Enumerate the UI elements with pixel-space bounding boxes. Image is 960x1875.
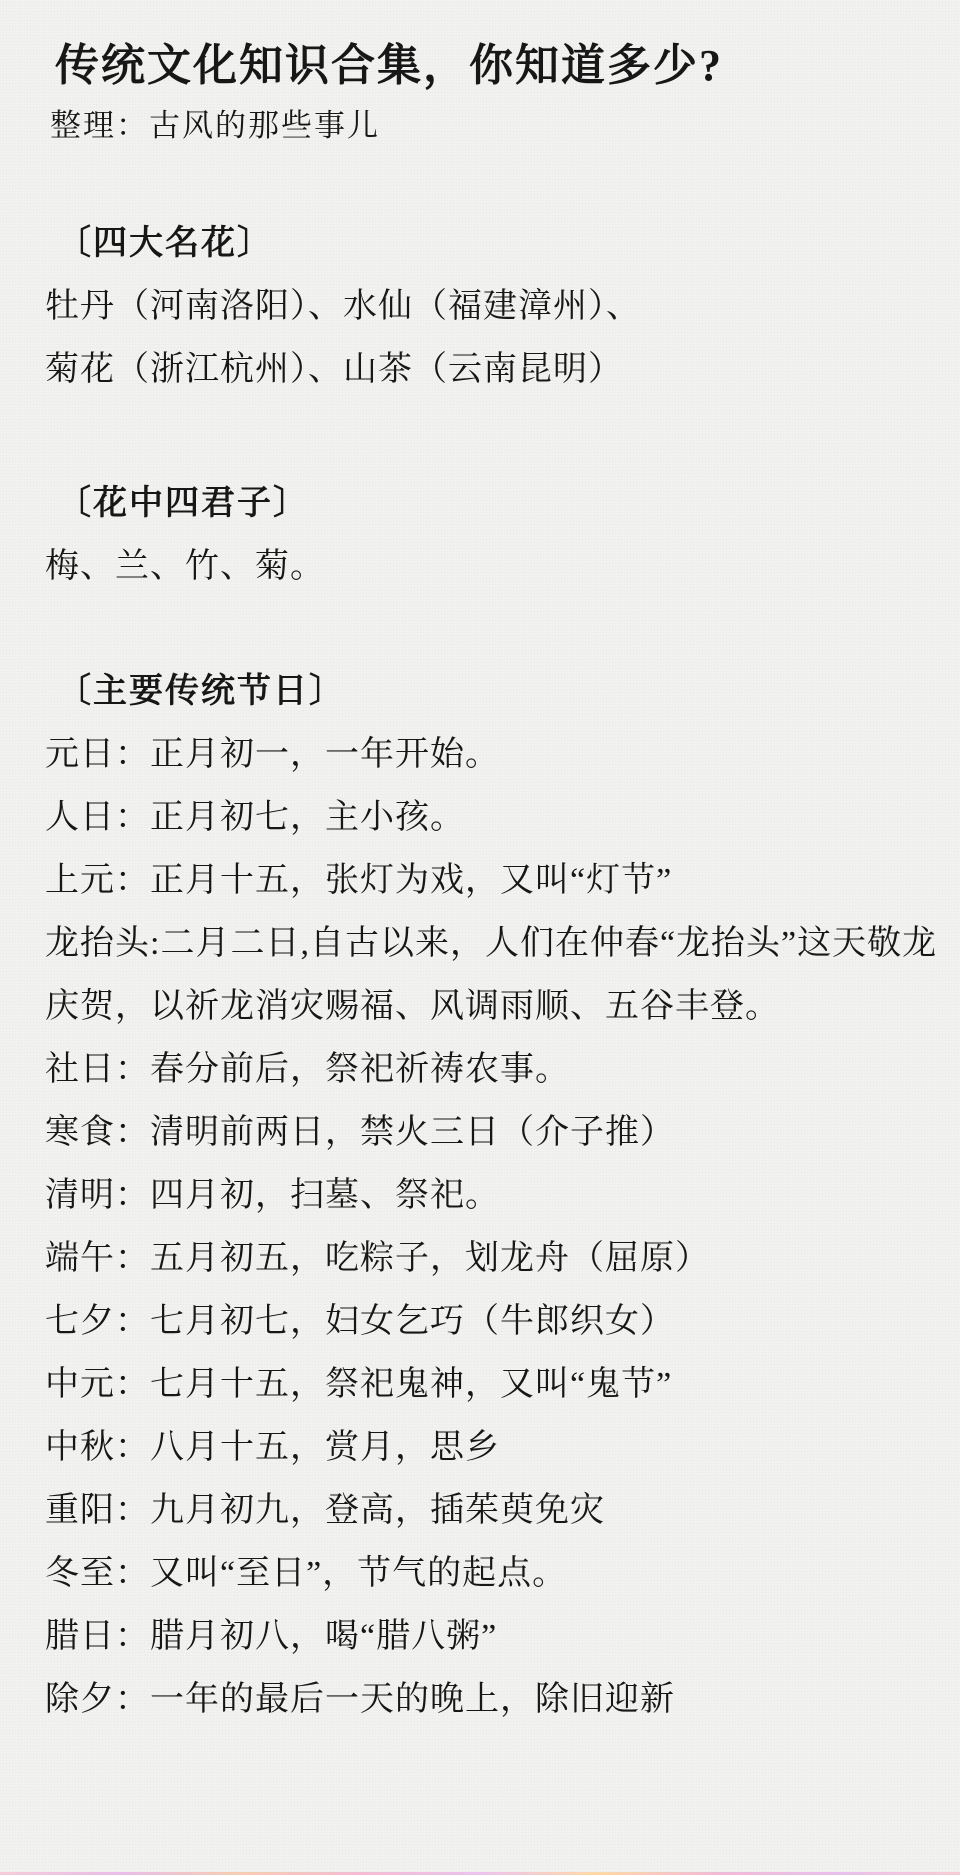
- text-line: 牡丹（河南洛阳）、水仙（福建漳州）、: [45, 275, 952, 338]
- section-heading: 〔花中四君子〕: [45, 472, 952, 535]
- text-line: 中元：七月十五，祭祀鬼神，又叫“鬼节”: [45, 1353, 952, 1416]
- text-line: 清明：四月初，扫墓、祭祀。: [45, 1164, 952, 1227]
- text-line: 除夕：一年的最后一天的晚上，除旧迎新: [45, 1668, 952, 1731]
- page-title: 传统文化知识合集，你知道多少?: [55, 40, 723, 92]
- text-line: 梅、兰、竹、菊。: [45, 535, 952, 598]
- text-line: 中秋：八月十五，赏月，思乡: [45, 1416, 952, 1479]
- section-four-famous-flowers: 〔四大名花〕 牡丹（河南洛阳）、水仙（福建漳州）、 菊花（浙江杭州）、山茶（云南…: [45, 212, 952, 401]
- text-line: 寒食：清明前两日，禁火三日（介子推）: [45, 1101, 952, 1164]
- byline: 整理：古风的那些事儿: [50, 106, 380, 146]
- section-heading: 〔四大名花〕: [45, 212, 952, 275]
- document-page: 传统文化知识合集，你知道多少? 整理：古风的那些事儿 〔四大名花〕 牡丹（河南洛…: [0, 0, 960, 1875]
- text-line: 冬至：又叫“至日”，节气的起点。: [45, 1542, 952, 1605]
- section-four-gentlemen: 〔花中四君子〕 梅、兰、竹、菊。: [45, 472, 952, 598]
- text-line: 社日：春分前后，祭祀祈祷农事。: [45, 1038, 952, 1101]
- text-line: 人日：正月初七，主小孩。: [45, 786, 952, 849]
- text-line: 龙抬头:二月二日,自古以来，人们在仲春“龙抬头”这天敬龙: [45, 912, 952, 975]
- text-line: 元日：正月初一，一年开始。: [45, 723, 952, 786]
- text-line: 菊花（浙江杭州）、山茶（云南昆明）: [45, 338, 952, 401]
- text-line: 七夕：七月初七，妇女乞巧（牛郎织女）: [45, 1290, 952, 1353]
- text-line: 上元：正月十五，张灯为戏，又叫“灯节”: [45, 849, 952, 912]
- section-heading: 〔主要传统节日〕: [45, 660, 952, 723]
- text-line: 重阳：九月初九，登高，插茱萸免灾: [45, 1479, 952, 1542]
- text-line: 腊日：腊月初八，喝“腊八粥”: [45, 1605, 952, 1668]
- text-line: 庆贺，以祈龙消灾赐福、风调雨顺、五谷丰登。: [45, 975, 952, 1038]
- section-traditional-festivals: 〔主要传统节日〕 元日：正月初一，一年开始。 人日：正月初七，主小孩。 上元：正…: [45, 660, 952, 1731]
- text-line: 端午：五月初五，吃粽子，划龙舟（屈原）: [45, 1227, 952, 1290]
